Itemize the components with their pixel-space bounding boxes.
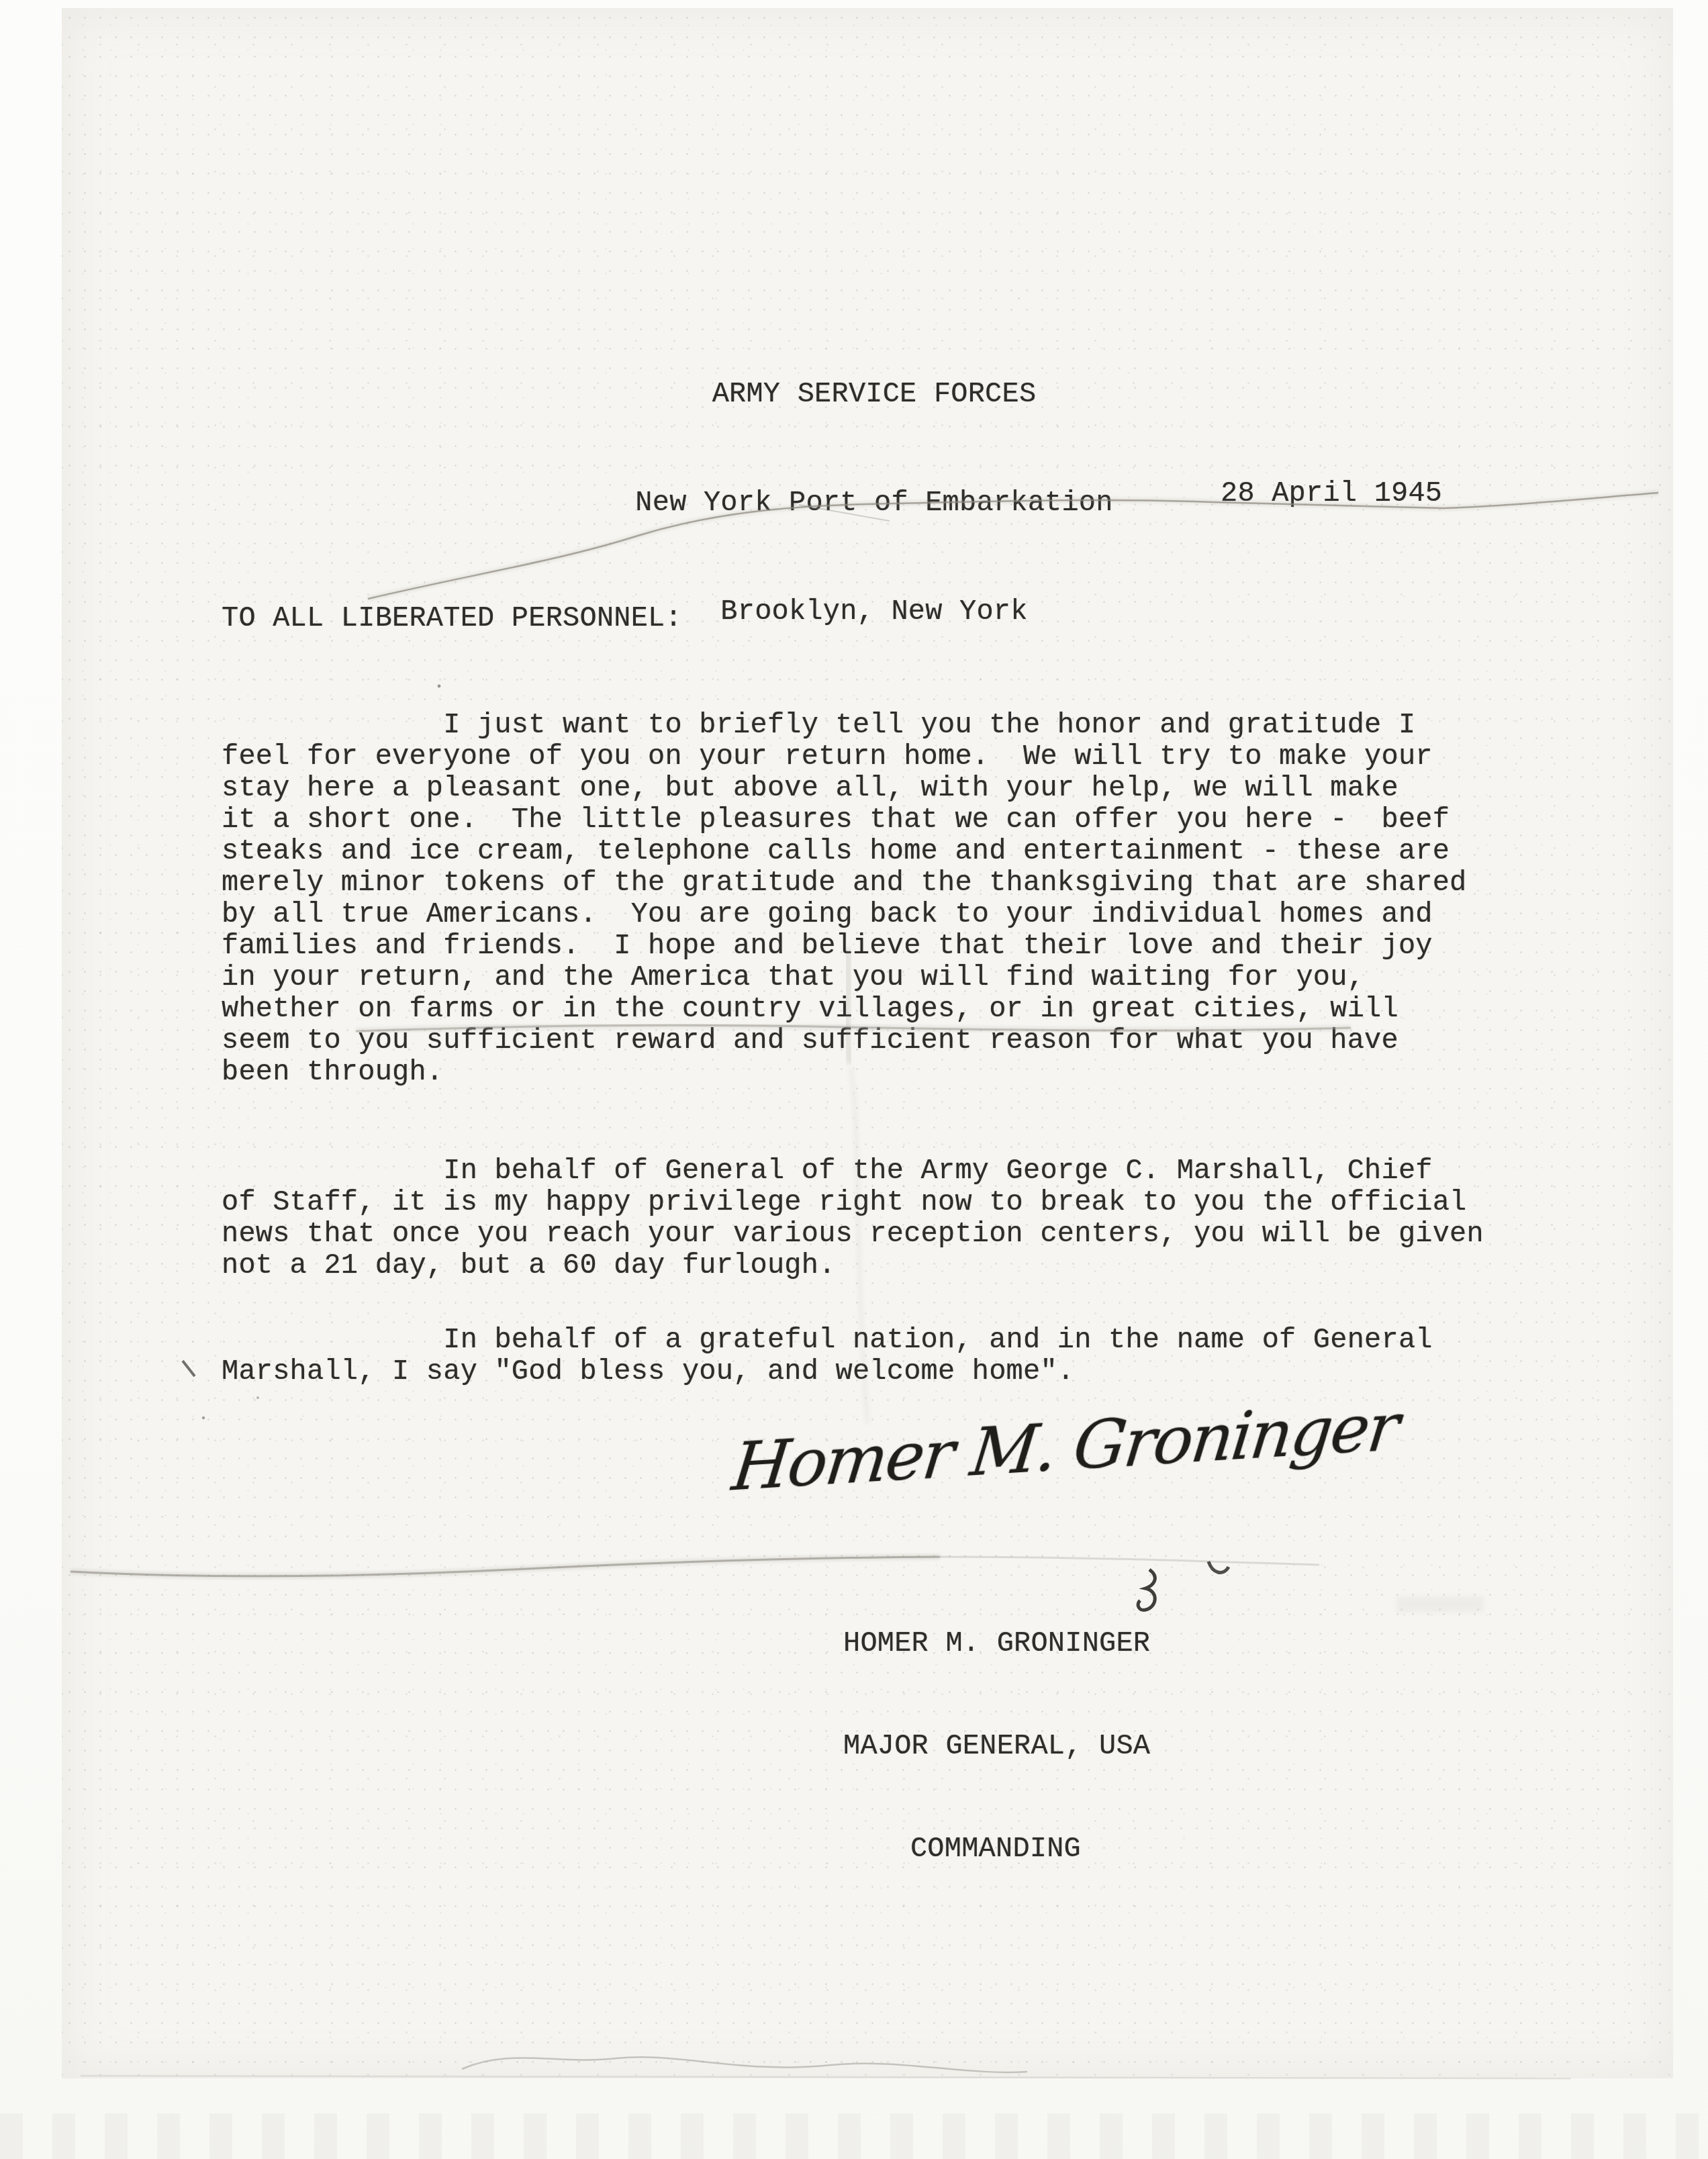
- signature-block: HOMER M. GRONINGER MAJOR GENERAL, USA CO…: [843, 1558, 1150, 1935]
- scanbed-streaks: [0, 2113, 1708, 2159]
- signature-rank: MAJOR GENERAL, USA: [843, 1729, 1150, 1764]
- body-paragraph-2: In behalf of General of the Army George …: [222, 1155, 1484, 1282]
- body-paragraph-1: I just want to briefly tell you the hono…: [222, 710, 1467, 1088]
- salutation: TO ALL LIBERATED PERSONNEL:: [222, 603, 682, 634]
- signature-role: COMMANDING: [843, 1832, 1148, 1866]
- scanned-letter-page: ARMY SERVICE FORCES New York Port of Emb…: [0, 0, 1708, 2159]
- letterhead-organization: ARMY SERVICE FORCES: [635, 376, 1112, 412]
- letterhead-port: New York Port of Embarkation: [635, 485, 1112, 521]
- letterhead: ARMY SERVICE FORCES New York Port of Emb…: [635, 303, 1112, 702]
- letterhead-location: Brooklyn, New York: [635, 593, 1112, 630]
- body-paragraph-3: In behalf of a grateful nation, and in t…: [222, 1325, 1433, 1388]
- signature-typed-name: HOMER M. GRONINGER: [843, 1627, 1150, 1661]
- letter-date: 28 April 1945: [1221, 478, 1442, 510]
